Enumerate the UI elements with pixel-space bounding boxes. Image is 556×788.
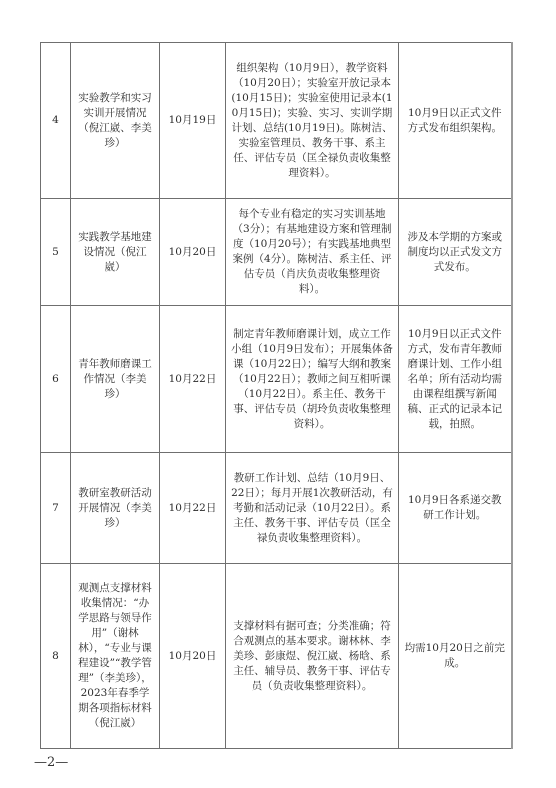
table-row: 7 教研室教研活动开展情况（李美珍） 10月22日 教研工作计划、总结（10月9…	[41, 453, 512, 564]
note: 10月9日各系递交教研工作计划。	[399, 453, 512, 564]
row-number: 6	[41, 306, 71, 453]
note: 均需10月20日之前完成。	[399, 564, 512, 749]
task-item: 青年教师磨课工作情况（李美珍）	[71, 306, 160, 453]
table-row: 6 青年教师磨课工作情况（李美珍） 10月22日 制定青年教师磨课计划，成立工作…	[41, 306, 512, 453]
note: 涉及本学期的方案或制度均以正式发文方式发布。	[399, 199, 512, 306]
deadline: 10月22日	[160, 306, 226, 453]
task-item: 教研室教研活动开展情况（李美珍）	[71, 453, 160, 564]
row-number: 4	[41, 43, 71, 199]
row-number: 7	[41, 453, 71, 564]
requirement: 组织架构（10月9日），教学资料（10月20日）；实验室开放记录本(10月15日…	[226, 43, 399, 199]
table-row: 8 观测点支撑材料收集情况：“办学思路与领导作用”（谢林林），“专业与课程建设”…	[41, 564, 512, 749]
task-item: 观测点支撑材料收集情况：“办学思路与领导作用”（谢林林），“专业与课程建设”“教…	[71, 564, 160, 749]
work-plan-table: 4 实验教学和实习实训开展情况（倪江崴、李美珍） 10月19日 组织架构（10月…	[40, 42, 513, 749]
deadline: 10月20日	[160, 199, 226, 306]
requirement: 制定青年教师磨课计划，成立工作小组（10月9日发布）；开展集体备课（10月22日…	[226, 306, 399, 453]
row-number: 5	[41, 199, 71, 306]
task-item: 实践教学基地建设情况（倪江崴）	[71, 199, 160, 306]
note: 10月9日以正式文件方式发布组织架构。	[399, 43, 512, 199]
row-number: 8	[41, 564, 71, 749]
page-number: —2—	[34, 755, 68, 770]
table-row: 4 实验教学和实习实训开展情况（倪江崴、李美珍） 10月19日 组织架构（10月…	[41, 43, 512, 199]
note: 10月9日以正式文件方式，发布青年教师磨课计划、工作小组名单；所有活动均需由课程…	[399, 306, 512, 453]
requirement: 教研工作计划、总结（10月9日、22日）；每月开展1次教研活动，有考勤和活动记录…	[226, 453, 399, 564]
table-row: 5 实践教学基地建设情况（倪江崴） 10月20日 每个专业有稳定的实习实训基地（…	[41, 199, 512, 306]
deadline: 10月22日	[160, 453, 226, 564]
deadline: 10月19日	[160, 43, 226, 199]
requirement: 支撑材料有据可查；分类准确；符合观测点的基本要求。谢林林、李美珍、彭康煜、倪江崴…	[226, 564, 399, 749]
task-item: 实验教学和实习实训开展情况（倪江崴、李美珍）	[71, 43, 160, 199]
deadline: 10月20日	[160, 564, 226, 749]
requirement: 每个专业有稳定的实习实训基地（3分）；有基地建设方案和管理制度（10月20号）；…	[226, 199, 399, 306]
